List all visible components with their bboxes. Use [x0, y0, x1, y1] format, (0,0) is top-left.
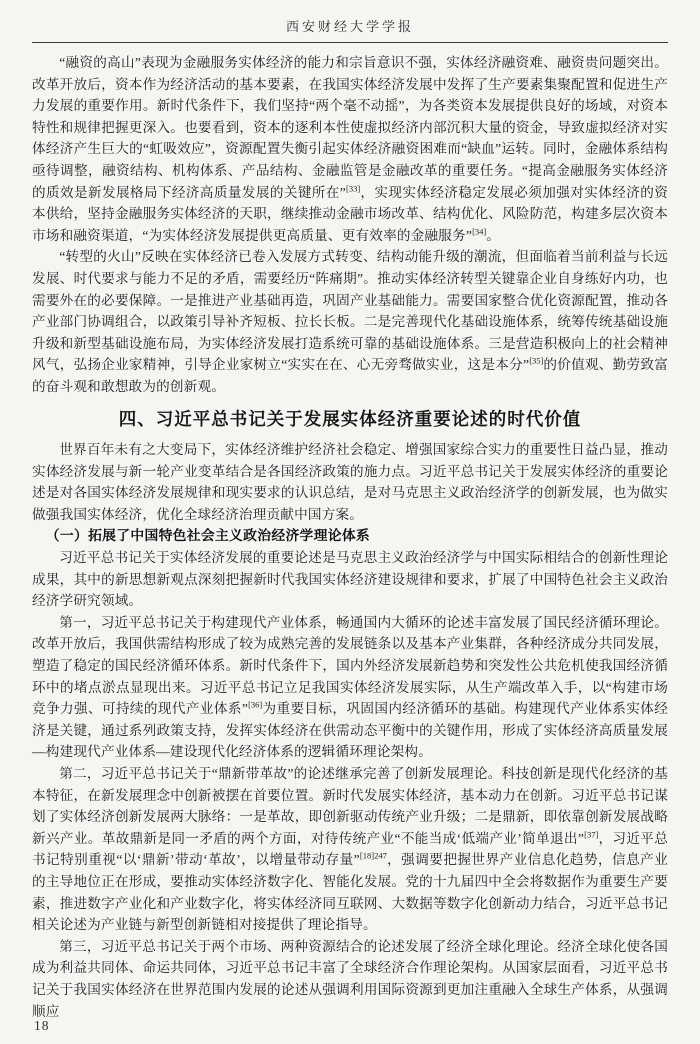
- citation-superscript: [37]: [584, 829, 598, 839]
- subsection-heading: （一）拓展了中国特色社会主义政治经济学理论体系: [32, 525, 668, 547]
- section-heading: 四、习近平总书记关于发展实体经济重要论述的时代价值: [32, 409, 668, 431]
- citation-superscript: [34]: [472, 226, 486, 236]
- body-paragraph: 世界百年未有之大变局下，实体经济维护经济社会稳定、增强国家综合实力的重要性日益凸…: [32, 439, 668, 525]
- journal-title: 西安财经大学学报: [32, 12, 668, 42]
- citation-superscript: [36]: [248, 700, 262, 710]
- body-paragraph: 第三，习近平总书记关于两个市场、两种资源结合的论述发展了经济全球化理论。经济全球…: [32, 936, 668, 1022]
- journal-page: 西安财经大学学报 “融资的高山”表现为金融服务实体经济的能力和宗旨意识不强，实体…: [0, 0, 700, 1044]
- article-body: “融资的高山”表现为金融服务实体经济的能力和宗旨意识不强，实体经济融资难、融资贵…: [32, 52, 668, 1022]
- page-number: 18: [34, 1018, 50, 1034]
- body-paragraph: “转型的火山”反映在实体经济已卷入发展方式转变、结构动能升级的潮流，但面临着当前…: [32, 246, 668, 397]
- header-rule: [32, 42, 668, 43]
- body-paragraph: “融资的高山”表现为金融服务实体经济的能力和宗旨意识不强，实体经济融资难、融资贵…: [32, 52, 668, 246]
- citation-superscript: [33]: [346, 183, 360, 193]
- body-paragraph: 第一，习近平总书记关于构建现代产业体系，畅通国内大循环的论述丰富发展了国民经济循…: [32, 612, 668, 763]
- citation-superscript: [35]: [529, 356, 543, 366]
- body-paragraph: 第二，习近平总书记关于“鼎新带革故”的论述继承完善了创新发展理论。科技创新是现代…: [32, 763, 668, 936]
- body-paragraph: 习近平总书记关于实体经济发展的重要论述是马克思主义政治经济学与中国实际相结合的创…: [32, 547, 668, 612]
- citation-superscript: [18]247: [360, 851, 387, 861]
